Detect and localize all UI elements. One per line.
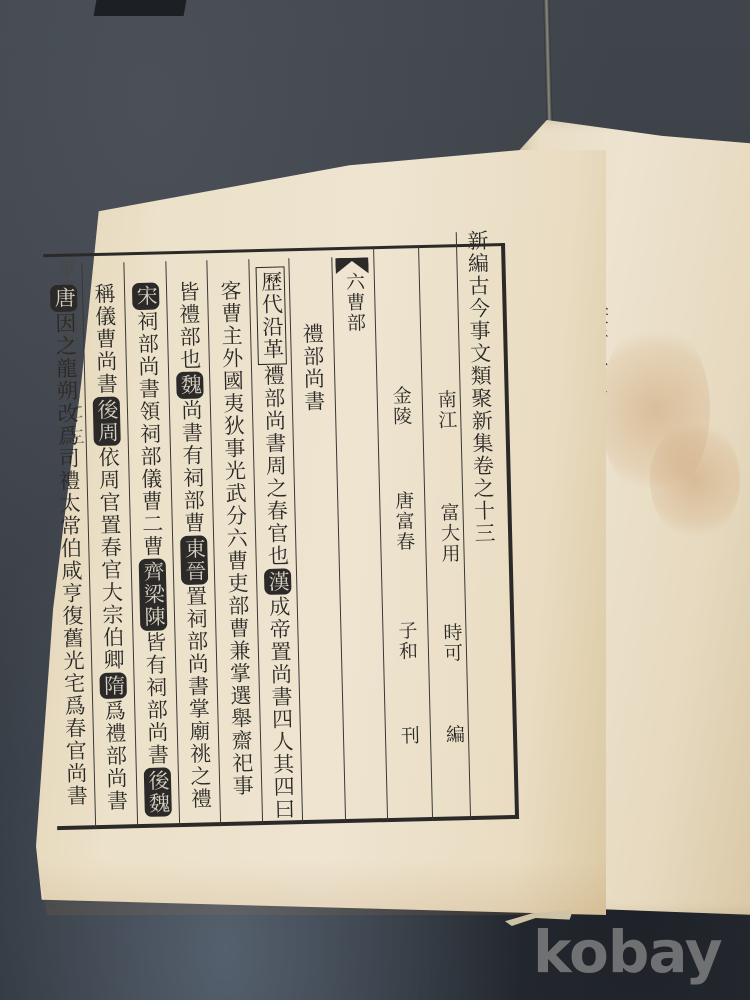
boxed-heading: 歷代沿革 [256, 266, 287, 365]
section-head-text: 六曹部 [340, 271, 368, 333]
dynasty-tag: 漢 [264, 568, 292, 595]
subsection-title: 禮部尚書 [298, 322, 327, 413]
dynasty-tag: 後魏 [144, 767, 172, 817]
publisher-name: 唐富春 [389, 490, 417, 552]
publisher-place: 金陵 [386, 385, 414, 427]
printed-text-frame: 新編古今事文類聚新集卷之十三 南江 富大用 時可 編 金陵 唐富春 子和 刊 六… [43, 243, 519, 830]
publisher-role: 刊 [395, 725, 422, 746]
dynasty-tag: 唐 [50, 284, 78, 311]
dynasty-tag: 隋 [99, 672, 127, 699]
kobay-watermark: kobay [533, 918, 722, 986]
dynasty-tag: 魏 [176, 371, 204, 398]
page-bottom-edge [36, 860, 606, 915]
dynasty-tag: 東晉 [180, 535, 208, 585]
dynasty-tag: 宋 [132, 282, 160, 309]
compiler-place: 南江 [432, 389, 460, 431]
publisher-courtesy: 子和 [392, 620, 420, 662]
background-scrap [94, 0, 187, 16]
water-stain [650, 420, 740, 540]
compiler-name: 富大用 [434, 502, 462, 564]
dynasty-tag: 齊梁陳 [139, 558, 168, 630]
dynasty-tag: 後周 [93, 396, 121, 446]
compiler-courtesy: 時可 [437, 622, 465, 664]
compiler-role: 編 [440, 724, 467, 745]
section-head: 六曹部 [335, 257, 370, 348]
